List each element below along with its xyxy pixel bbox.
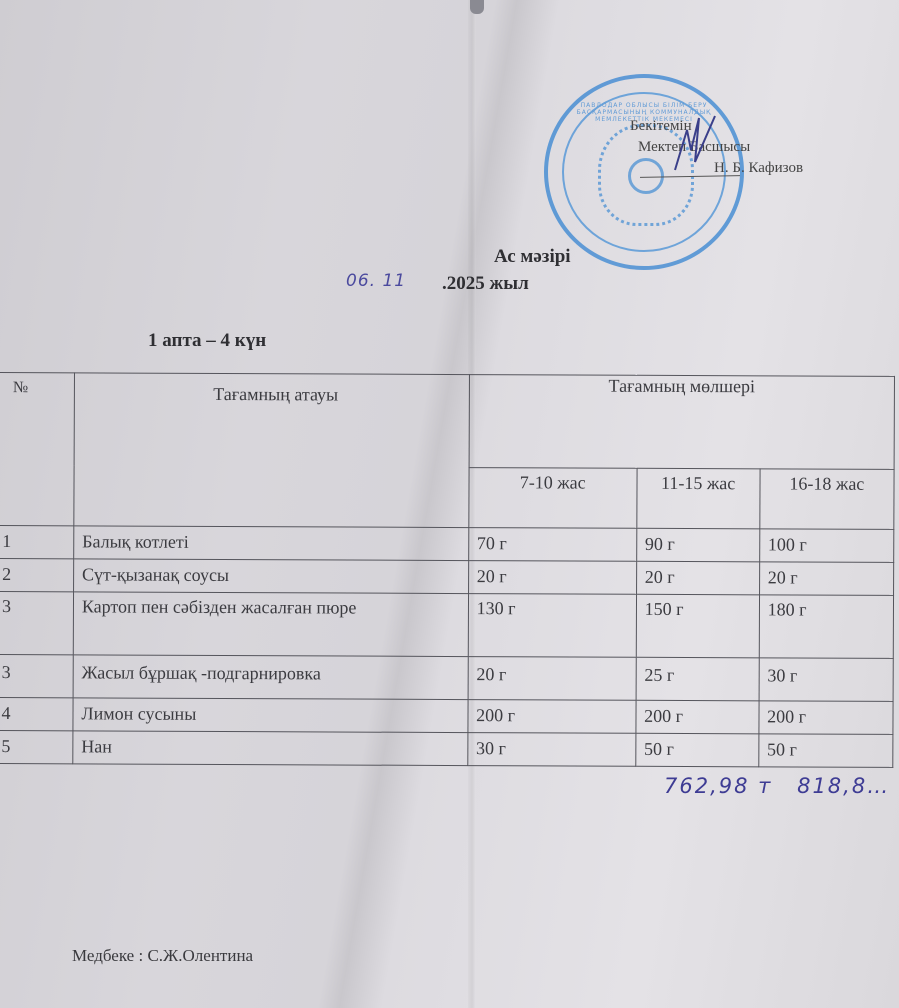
dish-name: Жасыл бұршақ -подгарнировка bbox=[73, 655, 468, 700]
qty-16-18: 20 г bbox=[759, 562, 893, 596]
header-age-11-15: 11-15 жас bbox=[636, 468, 759, 529]
header-quantity: Тағамның мөлшері bbox=[469, 375, 895, 470]
qty-16-18: 200 г bbox=[759, 701, 893, 735]
qty-7-10: 20 г bbox=[468, 657, 636, 701]
row-number: 4 bbox=[0, 697, 73, 730]
qty-16-18: 100 г bbox=[759, 529, 893, 563]
table-row: 3 Жасыл бұршақ -подгарнировка 20 г 25 г … bbox=[0, 654, 893, 701]
table-row: 4 Лимон сусыны 200 г 200 г 200 г bbox=[0, 697, 893, 734]
table-header-row: № Тағамның атауы Тағамның мөлшері bbox=[0, 373, 894, 470]
week-day-label: 1 апта – 4 күн bbox=[148, 330, 266, 352]
qty-16-18: 180 г bbox=[759, 595, 894, 659]
qty-11-15: 150 г bbox=[636, 594, 759, 658]
header-dish-name: Тағамның атауы bbox=[74, 373, 469, 528]
row-number: 3 bbox=[0, 592, 73, 655]
dish-name: Нан bbox=[73, 731, 468, 766]
qty-7-10: 200 г bbox=[468, 700, 636, 734]
qty-11-15: 25 г bbox=[636, 657, 759, 701]
handwritten-totals: 762,98 т 818,8… bbox=[664, 774, 899, 798]
date-line: 06. 11 .2025 жыл bbox=[346, 270, 406, 292]
nurse-signature-label: Медбеке : С.Ж.Олентина bbox=[72, 946, 253, 966]
qty-11-15: 90 г bbox=[636, 528, 759, 562]
qty-7-10: 20 г bbox=[468, 561, 636, 595]
dish-name: Лимон сусыны bbox=[73, 698, 468, 733]
row-number: 2 bbox=[0, 559, 74, 592]
handwritten-date: 06. 11 bbox=[346, 271, 406, 291]
signature-icon bbox=[665, 110, 725, 180]
qty-7-10: 70 г bbox=[468, 528, 636, 562]
dish-name: Балық котлеті bbox=[74, 526, 469, 561]
date-year: .2025 жыл bbox=[442, 273, 529, 295]
table-row: 3 Картоп пен сәбізден жасалған пюре 130 … bbox=[0, 592, 894, 659]
page-title: Ас мәзірі bbox=[494, 246, 571, 268]
header-age-7-10: 7-10 жас bbox=[469, 467, 637, 528]
qty-7-10: 30 г bbox=[467, 733, 635, 767]
header-age-16-18: 16-18 жас bbox=[760, 469, 895, 530]
paper-clip bbox=[470, 0, 484, 14]
qty-11-15: 50 г bbox=[635, 733, 758, 767]
row-number: 1 bbox=[0, 526, 74, 559]
dish-name: Сүт-қызанақ соусы bbox=[73, 559, 468, 594]
total-7-10: 762,98 т bbox=[664, 774, 772, 798]
qty-11-15: 20 г bbox=[636, 561, 759, 595]
qty-16-18: 50 г bbox=[758, 734, 892, 768]
total-11-15: 818,8… bbox=[797, 774, 890, 798]
qty-16-18: 30 г bbox=[759, 658, 893, 702]
menu-table: № Тағамның атауы Тағамның мөлшері 7-10 ж… bbox=[0, 372, 895, 768]
qty-11-15: 200 г bbox=[636, 700, 759, 734]
qty-7-10: 130 г bbox=[468, 594, 636, 658]
row-number: 5 bbox=[0, 730, 73, 763]
table-row: 2 Сүт-қызанақ соусы 20 г 20 г 20 г bbox=[0, 559, 894, 596]
table-row: 5 Нан 30 г 50 г 50 г bbox=[0, 730, 893, 767]
row-number: 3 bbox=[0, 654, 73, 697]
header-number: № bbox=[0, 373, 74, 526]
dish-name: Картоп пен сәбізден жасалған пюре bbox=[73, 592, 468, 657]
table-row: 1 Балық котлеті 70 г 90 г 100 г bbox=[0, 526, 894, 563]
